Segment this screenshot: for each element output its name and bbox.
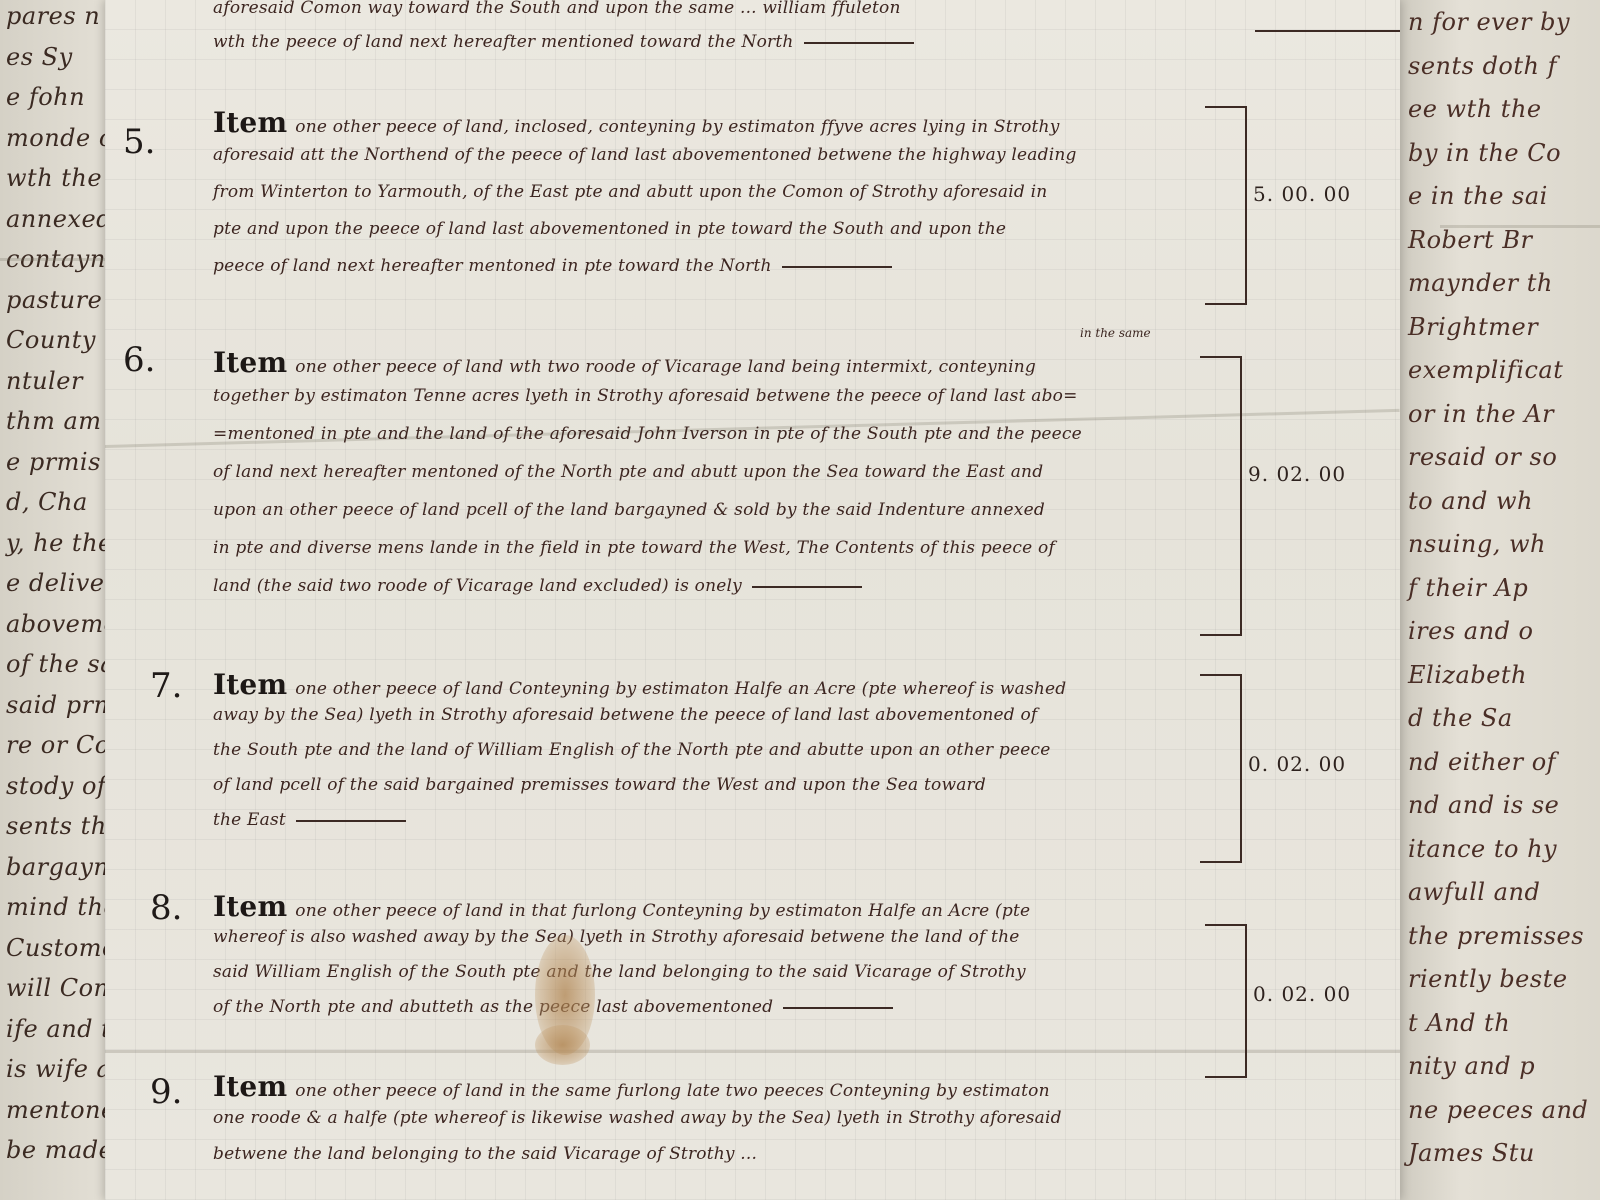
entry-bracket bbox=[1255, 0, 1400, 32]
side-sheet-line: annexed bbox=[6, 205, 112, 233]
entry-line: said William English of the South pte an… bbox=[213, 962, 1026, 982]
entry-line-text: one other peece of land in that furlong … bbox=[295, 901, 1030, 921]
item-number: 5. bbox=[123, 122, 155, 162]
side-sheet-line: pasture bbox=[6, 286, 102, 314]
acreage-value: 9. 02. 00 bbox=[1248, 462, 1346, 486]
side-sheet-line: nity and p bbox=[1408, 1052, 1535, 1080]
entry-line-text: one other peece of land Conteyning by es… bbox=[295, 679, 1066, 699]
line-terminator bbox=[296, 820, 406, 822]
carryover-line-text: wth the peece of land next hereafter men… bbox=[213, 32, 794, 52]
side-sheet-line: County bbox=[6, 326, 96, 354]
right-sheet-text: n for ever bysents doth fee wth theby in… bbox=[1400, 0, 1600, 1200]
line-terminator bbox=[783, 1007, 893, 1009]
entry-line-text: from Winterton to Yarmouth, of the East … bbox=[213, 182, 1047, 202]
water-stain bbox=[535, 1025, 590, 1065]
side-sheet-line: d the Sa bbox=[1408, 704, 1513, 732]
entry-line-text: one other peece of land in the same furl… bbox=[295, 1081, 1049, 1101]
item-number: 7. bbox=[150, 666, 182, 706]
item-heading-word: Item bbox=[213, 1070, 287, 1103]
side-sheet-line: e fohn bbox=[6, 83, 85, 111]
side-sheet-line: to and wh bbox=[1408, 487, 1533, 515]
side-sheet-line: the premisses bbox=[1408, 922, 1584, 950]
line-terminator bbox=[804, 42, 914, 44]
acreage-value: 0. 02. 00 bbox=[1253, 982, 1351, 1006]
entry-line: Itemone other peece of land Conteyning b… bbox=[213, 668, 1066, 701]
side-sheet-line: Elizabeth bbox=[1408, 661, 1527, 689]
entry-line: the South pte and the land of William En… bbox=[213, 740, 1051, 760]
side-sheet-line: e delive bbox=[6, 569, 105, 597]
side-sheet-line: n for ever by bbox=[1408, 8, 1570, 36]
entry-bracket bbox=[1200, 674, 1242, 863]
entry-line-text: pte and upon the peece of land last abov… bbox=[213, 219, 1006, 239]
entry-line: upon an other peece of land pcell of the… bbox=[213, 500, 1045, 520]
entry-bracket bbox=[1205, 924, 1247, 1078]
side-sheet-line: es Sy bbox=[6, 43, 73, 71]
item-number: 8. bbox=[150, 888, 182, 928]
side-sheet-line: Robert Br bbox=[1408, 226, 1532, 254]
acreage-value: 5. 00. 00 bbox=[1253, 182, 1351, 206]
line-terminator bbox=[752, 586, 862, 588]
right-underlying-sheet: n for ever bysents doth fee wth theby in… bbox=[1400, 0, 1600, 1200]
item-heading-word: Item bbox=[213, 346, 287, 379]
side-sheet-line: sents doth f bbox=[1408, 52, 1557, 80]
entry-bracket bbox=[1205, 106, 1247, 305]
side-sheet-line: nd either of bbox=[1408, 748, 1556, 776]
entry-line: one roode & a halfe (pte whereof is like… bbox=[213, 1108, 1062, 1128]
side-sheet-line: monde o bbox=[6, 124, 114, 152]
entry-line-text: one other peece of land, inclosed, conte… bbox=[295, 117, 1059, 137]
side-sheet-line: ee wth the bbox=[1408, 95, 1542, 123]
interlinear-insertion: in the same bbox=[1080, 326, 1151, 340]
item-number: 6. bbox=[123, 340, 155, 380]
entry-line-text: aforesaid att the Northend of the peece … bbox=[213, 145, 1077, 165]
entry-line-text: together by estimaton Tenne acres lyeth … bbox=[213, 386, 1078, 406]
entry-line-text: in pte and diverse mens lande in the fie… bbox=[213, 538, 1055, 558]
entry-line: =mentoned in pte and the land of the afo… bbox=[213, 424, 1082, 444]
side-sheet-line: exemplificat bbox=[1408, 356, 1563, 384]
side-sheet-line: e in the sai bbox=[1408, 182, 1548, 210]
entry-line-text: the East bbox=[213, 810, 286, 830]
entry-line: Itemone other peece of land in that furl… bbox=[213, 890, 1030, 923]
carryover-line: wth the peece of land next hereafter men… bbox=[213, 32, 914, 52]
side-sheet-line: or in the Ar bbox=[1408, 400, 1554, 428]
entry-line: from Winterton to Yarmouth, of the East … bbox=[213, 182, 1047, 202]
entry-line-text: upon an other peece of land pcell of the… bbox=[213, 500, 1045, 520]
entry-line-text: of land next hereafter mentoned of the N… bbox=[213, 462, 1043, 482]
side-sheet-line: nd and is se bbox=[1408, 791, 1559, 819]
side-sheet-line: itance to hy bbox=[1408, 835, 1557, 863]
side-sheet-line: Brightmer bbox=[1408, 313, 1538, 341]
side-sheet-line: riently beste bbox=[1408, 965, 1568, 993]
entry-line: Itemone other peece of land, inclosed, c… bbox=[213, 106, 1060, 139]
line-terminator bbox=[782, 266, 892, 268]
main-document-sheet: aforesaid Comon way toward the South and… bbox=[105, 0, 1400, 1200]
carryover-line: aforesaid Comon way toward the South and… bbox=[213, 0, 901, 18]
entry-line-text: one other peece of land wth two roode of… bbox=[295, 357, 1036, 377]
entry-line-text: =mentoned in pte and the land of the afo… bbox=[213, 424, 1082, 444]
fold-crease bbox=[1440, 225, 1600, 228]
side-sheet-line: re or Co bbox=[6, 731, 110, 759]
entry-bracket bbox=[1200, 356, 1242, 636]
entry-line-text: of the North pte and abutteth as the pee… bbox=[213, 997, 773, 1017]
entry-line-text: land (the said two roode of Vicarage lan… bbox=[213, 576, 742, 596]
entry-line: peece of land next hereafter mentoned in… bbox=[213, 256, 892, 276]
item-heading-word: Item bbox=[213, 890, 287, 923]
side-sheet-line: resaid or so bbox=[1408, 443, 1557, 471]
side-sheet-line: James Stu bbox=[1408, 1139, 1535, 1167]
entry-line-text: of land pcell of the said bargained prem… bbox=[213, 775, 986, 795]
entry-line: whereof is also washed away by the Sea) … bbox=[213, 927, 1019, 947]
entry-line: pte and upon the peece of land last abov… bbox=[213, 219, 1006, 239]
entry-line-text: peece of land next hereafter mentoned in… bbox=[213, 256, 772, 276]
entry-line-text: away by the Sea) lyeth in Strothy afores… bbox=[213, 705, 1037, 725]
entry-line-text: whereof is also washed away by the Sea) … bbox=[213, 927, 1019, 947]
acreage-value: 0. 02. 00 bbox=[1248, 752, 1346, 776]
entry-line: together by estimaton Tenne acres lyeth … bbox=[213, 386, 1078, 406]
entry-line: away by the Sea) lyeth in Strothy afores… bbox=[213, 705, 1037, 725]
side-sheet-line: f their Ap bbox=[1408, 574, 1528, 602]
entry-line: the East bbox=[213, 810, 406, 830]
entry-line: of land pcell of the said bargained prem… bbox=[213, 775, 986, 795]
entry-line-text: the South pte and the land of William En… bbox=[213, 740, 1051, 760]
item-number: 9. bbox=[150, 1072, 182, 1112]
side-sheet-line: wth the bbox=[6, 164, 102, 192]
entry-line: Itemone other peece of land in the same … bbox=[213, 1070, 1050, 1103]
side-sheet-line: ntuler bbox=[6, 367, 83, 395]
entry-line-text: one roode & a halfe (pte whereof is like… bbox=[213, 1108, 1062, 1128]
side-sheet-line: maynder th bbox=[1408, 269, 1553, 297]
side-sheet-line: e prmis bbox=[6, 448, 101, 476]
entry-line: aforesaid att the Northend of the peece … bbox=[213, 145, 1077, 165]
entry-line: betwene the land belonging to the said V… bbox=[213, 1144, 757, 1164]
side-sheet-line: thm am bbox=[6, 407, 102, 435]
side-sheet-line: nsuing, wh bbox=[1408, 530, 1546, 558]
side-sheet-line: d, Cha bbox=[6, 488, 88, 516]
entry-line: of land next hereafter mentoned of the N… bbox=[213, 462, 1043, 482]
side-sheet-line: t And th bbox=[1408, 1009, 1510, 1037]
item-heading-word: Item bbox=[213, 668, 287, 701]
entry-line: in pte and diverse mens lande in the fie… bbox=[213, 538, 1055, 558]
item-heading-word: Item bbox=[213, 106, 287, 139]
entry-line-text: said William English of the South pte an… bbox=[213, 962, 1026, 982]
entry-line: land (the said two roode of Vicarage lan… bbox=[213, 576, 862, 596]
entry-line: Itemone other peece of land wth two rood… bbox=[213, 346, 1036, 379]
side-sheet-line: ires and o bbox=[1408, 617, 1534, 645]
side-sheet-line: by in the Co bbox=[1408, 139, 1561, 167]
entry-line-text: betwene the land belonging to the said V… bbox=[213, 1144, 757, 1164]
side-sheet-line: pares n bbox=[6, 2, 100, 30]
side-sheet-line: awfull and bbox=[1408, 878, 1540, 906]
side-sheet-line: y, he the bbox=[6, 529, 113, 557]
side-sheet-line: ne peeces and bbox=[1408, 1096, 1588, 1124]
